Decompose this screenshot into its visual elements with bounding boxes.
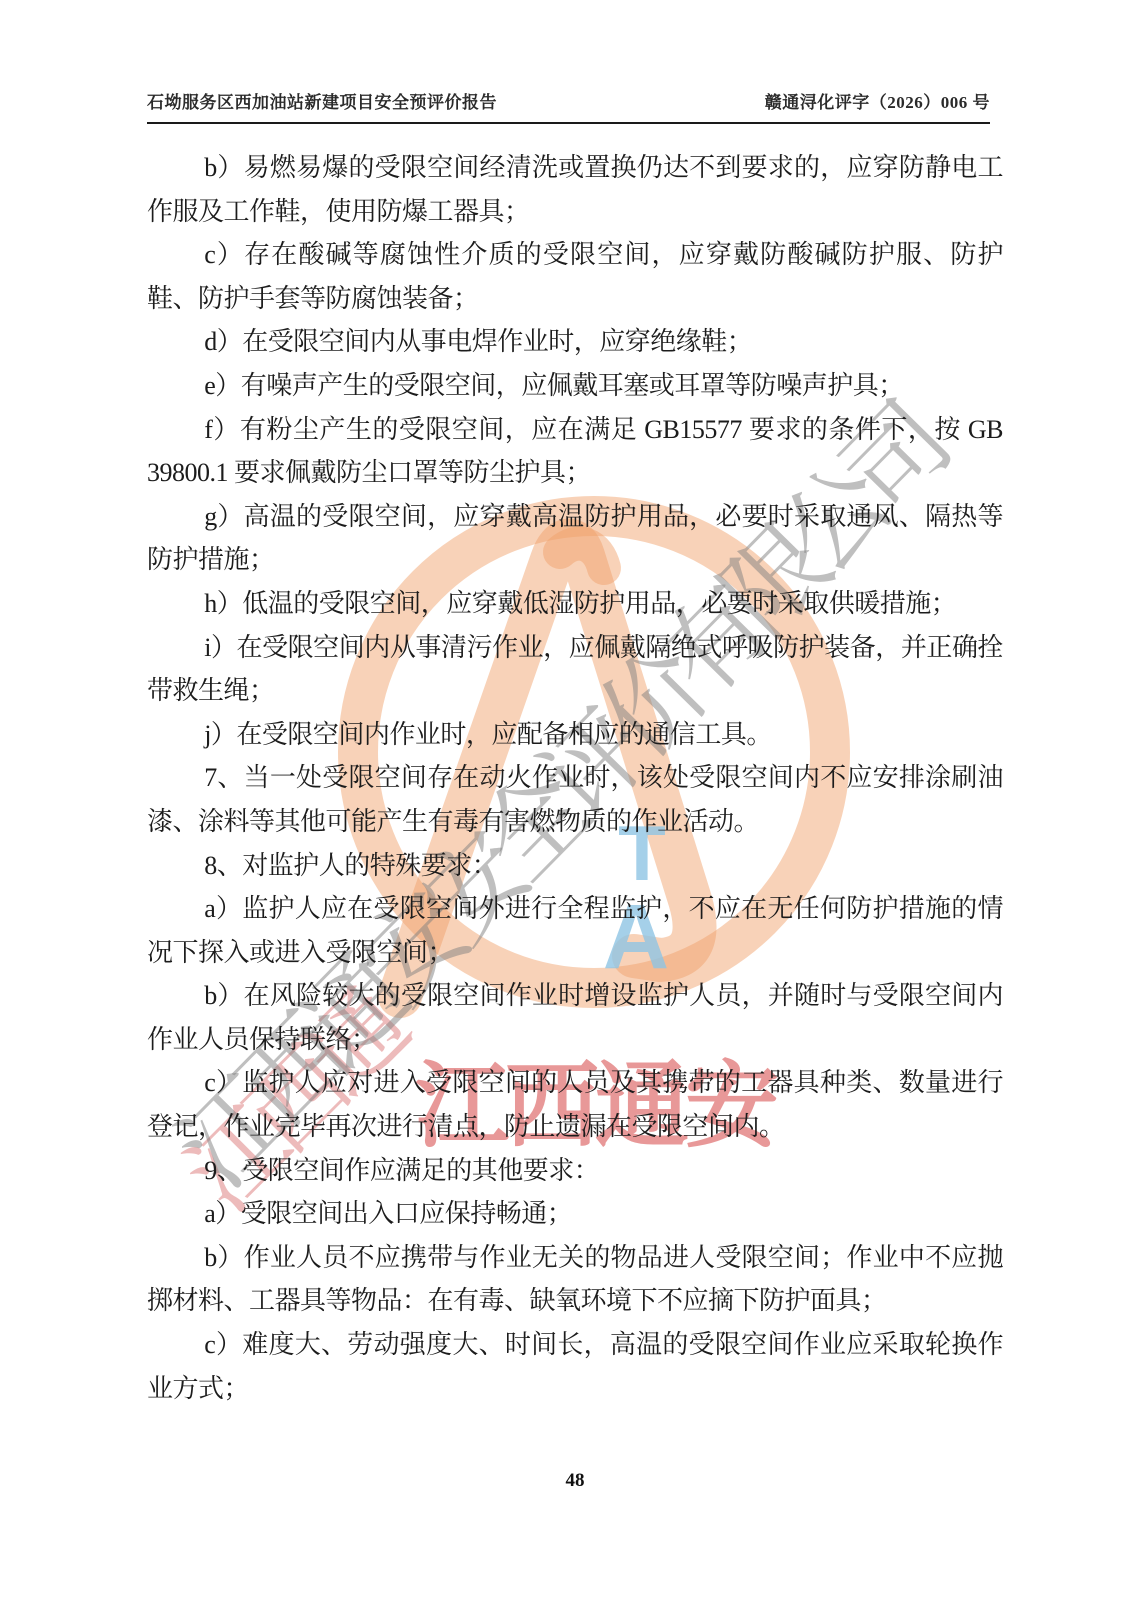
page-number: 48: [515, 1470, 635, 1492]
paragraph: e）有噪声产生的受限空间，应佩戴耳塞或耳罩等防噪声护具；: [147, 364, 1003, 408]
paragraph: c）存在酸碱等腐蚀性介质的受限空间，应穿戴防酸碱防护服、防护鞋、防护手套等防腐蚀…: [147, 233, 1003, 320]
paragraph: c）监护人应对进入受限空间的人员及其携带的工器具种类、数量进行登记，作业完毕再次…: [147, 1061, 1003, 1148]
document-page: T A 江西通 江西通安安全评价有限公司 江西通安 石坳服务区西加油站新建项目安…: [0, 0, 1131, 1600]
paragraph: b）作业人员不应携带与作业无关的物品进人受限空间；作业中不应抛掷材料、工器具等物…: [147, 1236, 1003, 1323]
paragraph: g）高温的受限空间，应穿戴高温防护用品，必要时采取通风、隔热等防护措施；: [147, 495, 1003, 582]
paragraph: d）在受限空间内从事电焊作业时，应穿绝缘鞋；: [147, 320, 1003, 364]
body-text: b）易燃易爆的受限空间经清洗或置换仍达不到要求的，应穿防静电工作服及工作鞋，使用…: [147, 146, 1003, 1410]
report-title: 石坳服务区西加油站新建项目安全预评价报告: [147, 88, 497, 113]
paragraph: j）在受限空间内作业时，应配备相应的通信工具。: [147, 713, 1003, 757]
paragraph: a）受限空间出入口应保持畅通；: [147, 1192, 1003, 1236]
paragraph: c）难度大、劳动强度大、时间长，高温的受限空间作业应采取轮换作业方式；: [147, 1323, 1003, 1410]
paragraph: 7、当一处受限空间存在动火作业时，该处受限空间内不应安排涂刷油漆、涂料等其他可能…: [147, 756, 1003, 843]
paragraph: f）有粉尘产生的受限空间，应在满足 GB15577 要求的条件下，按 GB 39…: [147, 408, 1003, 495]
page-header: 石坳服务区西加油站新建项目安全预评价报告 赣通浔化评字（2026）006 号: [147, 88, 990, 124]
paragraph: a）监护人应在受限空间外进行全程监护，不应在无任何防护措施的情况下探入或进入受限…: [147, 887, 1003, 974]
document-number: 赣通浔化评字（2026）006 号: [765, 88, 990, 113]
paragraph: b）在风险较大的受限空间作业时增设监护人员，并随时与受限空间内作业人员保持联络；: [147, 974, 1003, 1061]
paragraph: 8、对监护人的特殊要求：: [147, 844, 1003, 888]
paragraph: b）易燃易爆的受限空间经清洗或置换仍达不到要求的，应穿防静电工作服及工作鞋，使用…: [147, 146, 1003, 233]
paragraph: 9、受限空间作应满足的其他要求：: [147, 1149, 1003, 1193]
paragraph: h）低温的受限空间，应穿戴低湿防护用品，必要时采取供暖措施；: [147, 582, 1003, 626]
paragraph: i）在受限空间内从事清污作业，应佩戴隔绝式呼吸防护装备，并正确拴带救生绳；: [147, 626, 1003, 713]
